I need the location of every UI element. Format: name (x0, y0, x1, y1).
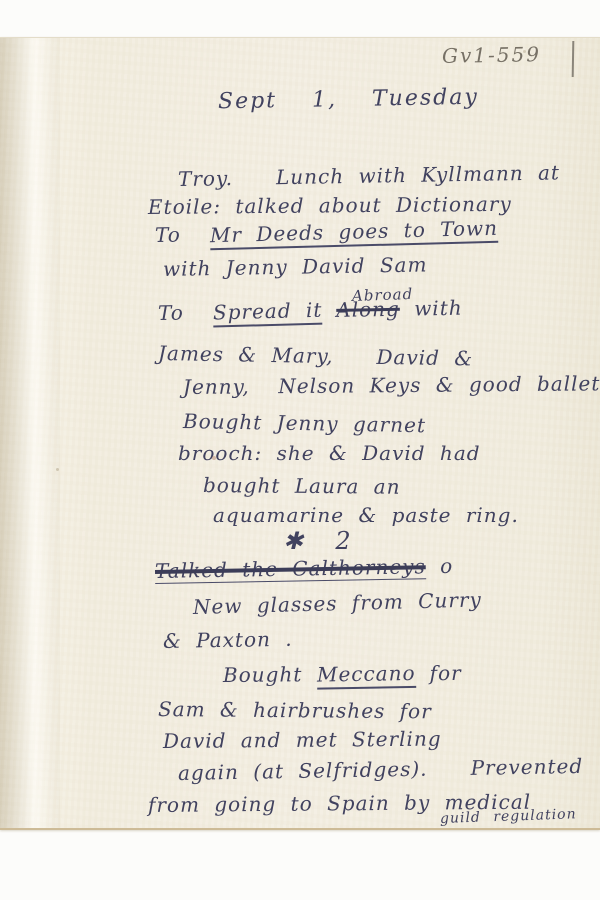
text-segment: To (155, 222, 210, 247)
text-segment: Sam & hairbrushes for (158, 697, 432, 723)
text-segment: Spread it (212, 298, 322, 328)
pencil-edge-mark (572, 41, 575, 77)
text-segment: New glasses from Curry (193, 587, 482, 619)
text-segment (322, 298, 337, 322)
text-segment: Etoile: talked about Dictionary (148, 192, 512, 219)
paper-speck (523, 50, 526, 53)
line-bought-meccano: Bought Meccano for (223, 661, 462, 690)
text-segment: Meccano (316, 661, 415, 690)
manuscript-page: Gv1-559 Sept 1, Tuesday Troy. Lunch with… (0, 37, 600, 830)
date-heading: Sept 1, Tuesday (218, 85, 479, 115)
line-bought-jenny: Bought Jenny garnet (183, 409, 426, 437)
line-bought-laura: bought Laura an (203, 473, 401, 499)
line-james-mary: James & Mary, David & (158, 341, 474, 370)
line-selfridges: again (at Selfridges). Prevented (178, 754, 584, 785)
page-fold-crease (0, 38, 60, 828)
text-segment: Talked the Calthorneys (155, 554, 426, 584)
text-segment: To (158, 300, 213, 325)
text-segment: David and met Sterling (163, 727, 442, 753)
text-segment: for (415, 661, 462, 685)
text-segment: ✱ 2 (283, 527, 352, 555)
text-segment: & Paxton . (163, 627, 293, 653)
line-paxton: & Paxton . (163, 627, 293, 653)
text-segment: Bought Jenny garnet (183, 409, 426, 437)
line-etoile: Etoile: talked about Dictionary (148, 192, 512, 219)
text-segment: guild regulation (440, 806, 577, 827)
line-aquamarine: aquamarine & paste ring. (213, 503, 519, 527)
paper-speck (212, 456, 216, 460)
text-segment: Troy. Lunch with Kyllmann at (178, 160, 560, 191)
line-jenny-nelson: Jenny, Nelson Keys & good ballet (183, 371, 600, 399)
text-segment: Jenny, Nelson Keys & good ballet (183, 371, 600, 399)
line-troy-lunch: Troy. Lunch with Kyllmann at (178, 160, 560, 191)
line-david-sterling: David and met Sterling (163, 727, 442, 753)
text-segment: James & Mary, David & (158, 341, 474, 370)
line-to-spread-it: To Spread it Along with (158, 296, 463, 328)
scanned-diary-page: { "page": { "catalog_number": "Gv1-559",… (0, 0, 600, 900)
line-brooch: brooch: she & David had (178, 441, 481, 465)
line-crossed-out: Talked the Calthorneys o (155, 554, 454, 583)
line-to-mr-deeds: To Mr Deeds goes to Town (155, 217, 498, 250)
text-segment: with (400, 296, 463, 321)
text-segment: Mr Deeds goes to Town (209, 216, 498, 251)
text-segment: brooch: she & David had (178, 441, 481, 465)
line-star-mark: ✱ 2 (283, 527, 352, 555)
text-segment: o (426, 554, 454, 578)
line-new-glasses: New glasses from Curry (193, 587, 482, 619)
text-segment: aquamarine & paste ring. (213, 503, 519, 527)
line-sam-hairbrushes: Sam & hairbrushes for (158, 697, 432, 723)
line-guild-reg: guild regulation (440, 806, 577, 827)
text-segment: Bought (223, 662, 317, 687)
text-segment: bought Laura an (203, 473, 401, 499)
text-segment: with Jenny David Sam (163, 252, 428, 281)
catalog-number: Gv1-559 (442, 42, 541, 68)
text-segment: Along (336, 297, 400, 322)
text-segment: again (at Selfridges). Prevented (178, 754, 584, 785)
paper-speck (56, 468, 59, 471)
line-with-jenny: with Jenny David Sam (163, 252, 428, 281)
